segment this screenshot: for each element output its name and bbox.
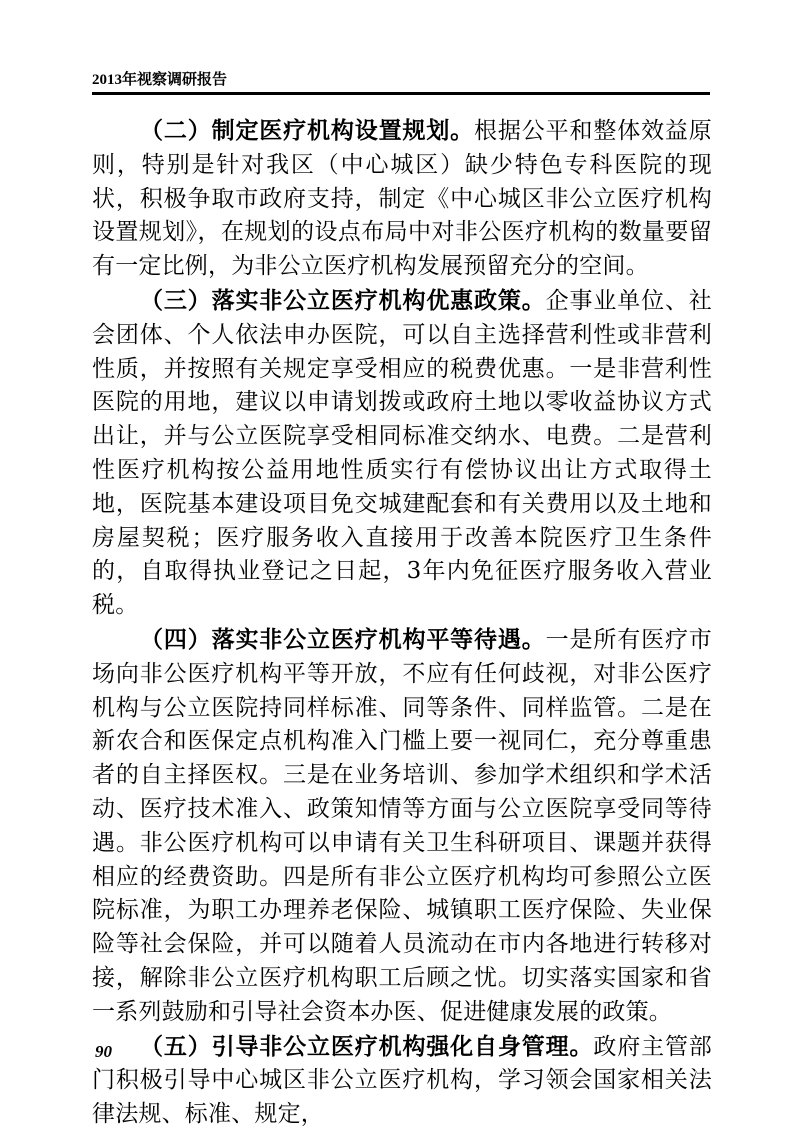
paragraph-section-2: （二）制定医疗机构设置规划。根据公平和整体效益原则，特别是针对我区（中心城区）缺… <box>92 114 712 284</box>
section-heading: （二）制定医疗机构设置规划。 <box>140 117 474 144</box>
running-header: 2013年视察调研报告 <box>92 66 710 95</box>
paragraph-text: 一是所有医疗市场向非公医疗机构平等开放，不应有任何歧视，对非公医疗机构与公立医院… <box>92 627 712 1025</box>
page-number: 90 <box>95 1042 112 1062</box>
section-heading: （四）落实非公立医疗机构平等待遇。 <box>140 626 546 653</box>
running-header-title: 2013年视察调研报告 <box>92 68 227 89</box>
paragraph-text: 企事业单位、社会团体、个人依法申办医院，可以自主选择营利性或非营利性质，并按照有… <box>92 288 712 618</box>
paragraph-section-5: （五）引导非公立医疗机构强化自身管理。政府主管部门积极引导中心城区非公立医疗机构… <box>92 1030 712 1132</box>
paragraph-section-4: （四）落实非公立医疗机构平等待遇。一是所有医疗市场向非公医疗机构平等开放，不应有… <box>92 623 712 1030</box>
paragraph-section-3: （三）落实非公立医疗机构优惠政策。企事业单位、社会团体、个人依法申办医院，可以自… <box>92 284 712 623</box>
document-body: （二）制定医疗机构设置规划。根据公平和整体效益原则，特别是针对我区（中心城区）缺… <box>92 114 712 1132</box>
section-heading: （三）落实非公立医疗机构优惠政策。 <box>140 287 546 314</box>
section-heading: （五）引导非公立医疗机构强化自身管理。 <box>140 1033 593 1060</box>
